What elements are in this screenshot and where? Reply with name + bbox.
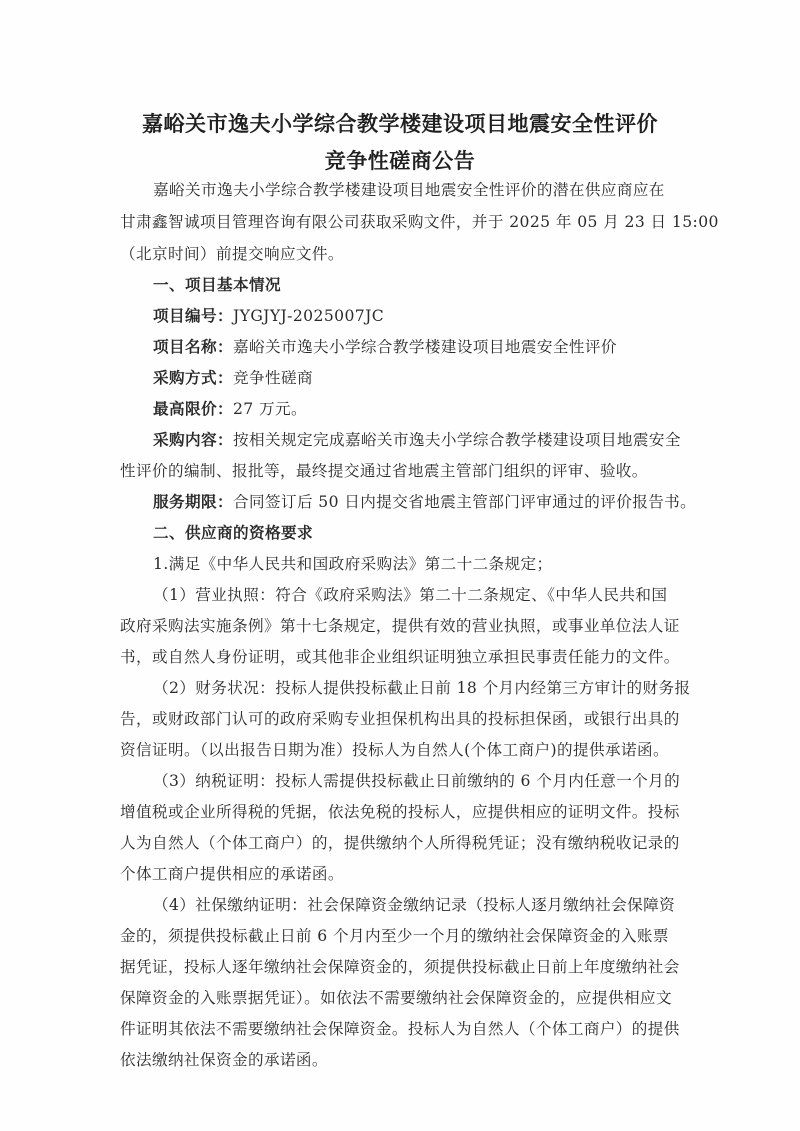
req3-line: 增值税或企业所得税的凭据，依法免税的投标人，应提供相应的证明文件。投标 bbox=[120, 802, 685, 822]
req3-line: （3）纳税证明：投标人需提供投标截止日前缴纳的 6 个月内任意一个月的 bbox=[153, 771, 685, 791]
max-price-row: 最高限价：27 万元。 bbox=[153, 399, 685, 419]
section2-heading: 二、供应商的资格要求 bbox=[153, 523, 685, 543]
project-no-row: 项目编号：JYGJYJ-2025007JC bbox=[153, 306, 685, 326]
period-row: 服务期限：合同签订后 50 日内提交省地震主管部门评审通过的评价报告书。 bbox=[153, 492, 685, 512]
req1-line: 政府采购法实施条例》第十七条规定，提供有效的营业执照，或事业单位法人证 bbox=[120, 616, 685, 636]
project-name-row: 项目名称：嘉峪关市逸夫小学综合教学楼建设项目地震安全性评价 bbox=[153, 337, 685, 357]
intro-line: 嘉峪关市逸夫小学综合教学楼建设项目地震安全性评价的潜在供应商应在 bbox=[153, 180, 685, 200]
req4-line: 件证明其依法不需要缴纳社会保障资金。投标人为自然人（个体工商户）的提供 bbox=[120, 1019, 685, 1039]
content-line: 性评价的编制、报批等，最终提交通过省地震主管部门组织的评审、验收。 bbox=[120, 461, 685, 481]
req3-line: 人为自然人（个体工商户）的，提供缴纳个人所得税凭证；没有缴纳税收记录的 bbox=[120, 833, 685, 853]
content-label: 采购内容： bbox=[153, 431, 233, 449]
method-label: 采购方式： bbox=[153, 369, 233, 387]
content-value: 按相关规定完成嘉峪关市逸夫小学综合教学楼建设项目地震安全 bbox=[233, 431, 681, 449]
max-price-label: 最高限价： bbox=[153, 400, 233, 418]
req4-line: 依法缴纳社保资金的承诺函。 bbox=[120, 1050, 685, 1070]
req2-line: （2）财务状况：投标人提供投标截止日前 18 个月内经第三方审计的财务报 bbox=[153, 678, 685, 698]
req1-line: 书，或自然人身份证明，或其他非企业组织证明独立承担民事责任能力的文件。 bbox=[120, 647, 685, 667]
req4-line: 据凭证，投标人逐年缴纳社会保障资金的，须提供投标截止日前上年度缴纳社会 bbox=[120, 957, 685, 977]
req4-line: 金的，须提供投标截止日前 6 个月内至少一个月的缴纳社会保障资金的入账票 bbox=[120, 926, 685, 946]
intro-line: 甘肃鑫智诚项目管理咨询有限公司获取采购文件，并于 2025 年 05 月 23 … bbox=[120, 212, 685, 232]
content-row: 采购内容：按相关规定完成嘉峪关市逸夫小学综合教学楼建设项目地震安全 bbox=[153, 430, 685, 450]
req4-line: （4）社保缴纳证明：社会保障资金缴纳记录（投标人逐月缴纳社会保障资 bbox=[153, 895, 685, 915]
max-price-value: 27 万元。 bbox=[233, 400, 307, 418]
req1-line: （1）营业执照：符合《政府采购法》第二十二条规定、《中华人民共和国 bbox=[153, 585, 685, 605]
req4-line: 保障资金的入账票据凭证）。如依法不需要缴纳社会保障资金的，应提供相应文 bbox=[120, 988, 685, 1008]
period-label: 服务期限： bbox=[153, 493, 233, 511]
req3-line: 个体工商户提供相应的承诺函。 bbox=[120, 864, 685, 884]
project-no-value: JYGJYJ-2025007JC bbox=[233, 307, 384, 325]
project-name-label: 项目名称： bbox=[153, 338, 233, 356]
document-title-line1: 嘉峪关市逸夫小学综合教学楼建设项目地震安全性评价 bbox=[0, 108, 800, 138]
intro-line: （北京时间）前提交响应文件。 bbox=[120, 244, 685, 264]
requirement-item-1: 1.满足《中华人民共和国政府采购法》第二十二条规定； bbox=[153, 554, 685, 574]
method-row: 采购方式：竞争性磋商 bbox=[153, 368, 685, 388]
req2-line: 告，或财政部门认可的政府采购专业担保机构出具的投标担保函，或银行出具的 bbox=[120, 709, 685, 729]
req2-line: 资信证明。（以出报告日期为准）投标人为自然人(个体工商户)的提供承诺函。 bbox=[120, 740, 685, 760]
section1-heading: 一、项目基本情况 bbox=[153, 275, 685, 295]
document-page: 嘉峪关市逸夫小学综合教学楼建设项目地震安全性评价 竞争性磋商公告 嘉峪关市逸夫小… bbox=[0, 0, 800, 1131]
period-value: 合同签订后 50 日内提交省地震主管部门评审通过的评价报告书。 bbox=[233, 493, 696, 511]
document-title-line2: 竞争性磋商公告 bbox=[0, 145, 800, 175]
method-value: 竞争性磋商 bbox=[233, 369, 313, 387]
project-no-label: 项目编号： bbox=[153, 307, 233, 325]
project-name-value: 嘉峪关市逸夫小学综合教学楼建设项目地震安全性评价 bbox=[233, 338, 617, 356]
